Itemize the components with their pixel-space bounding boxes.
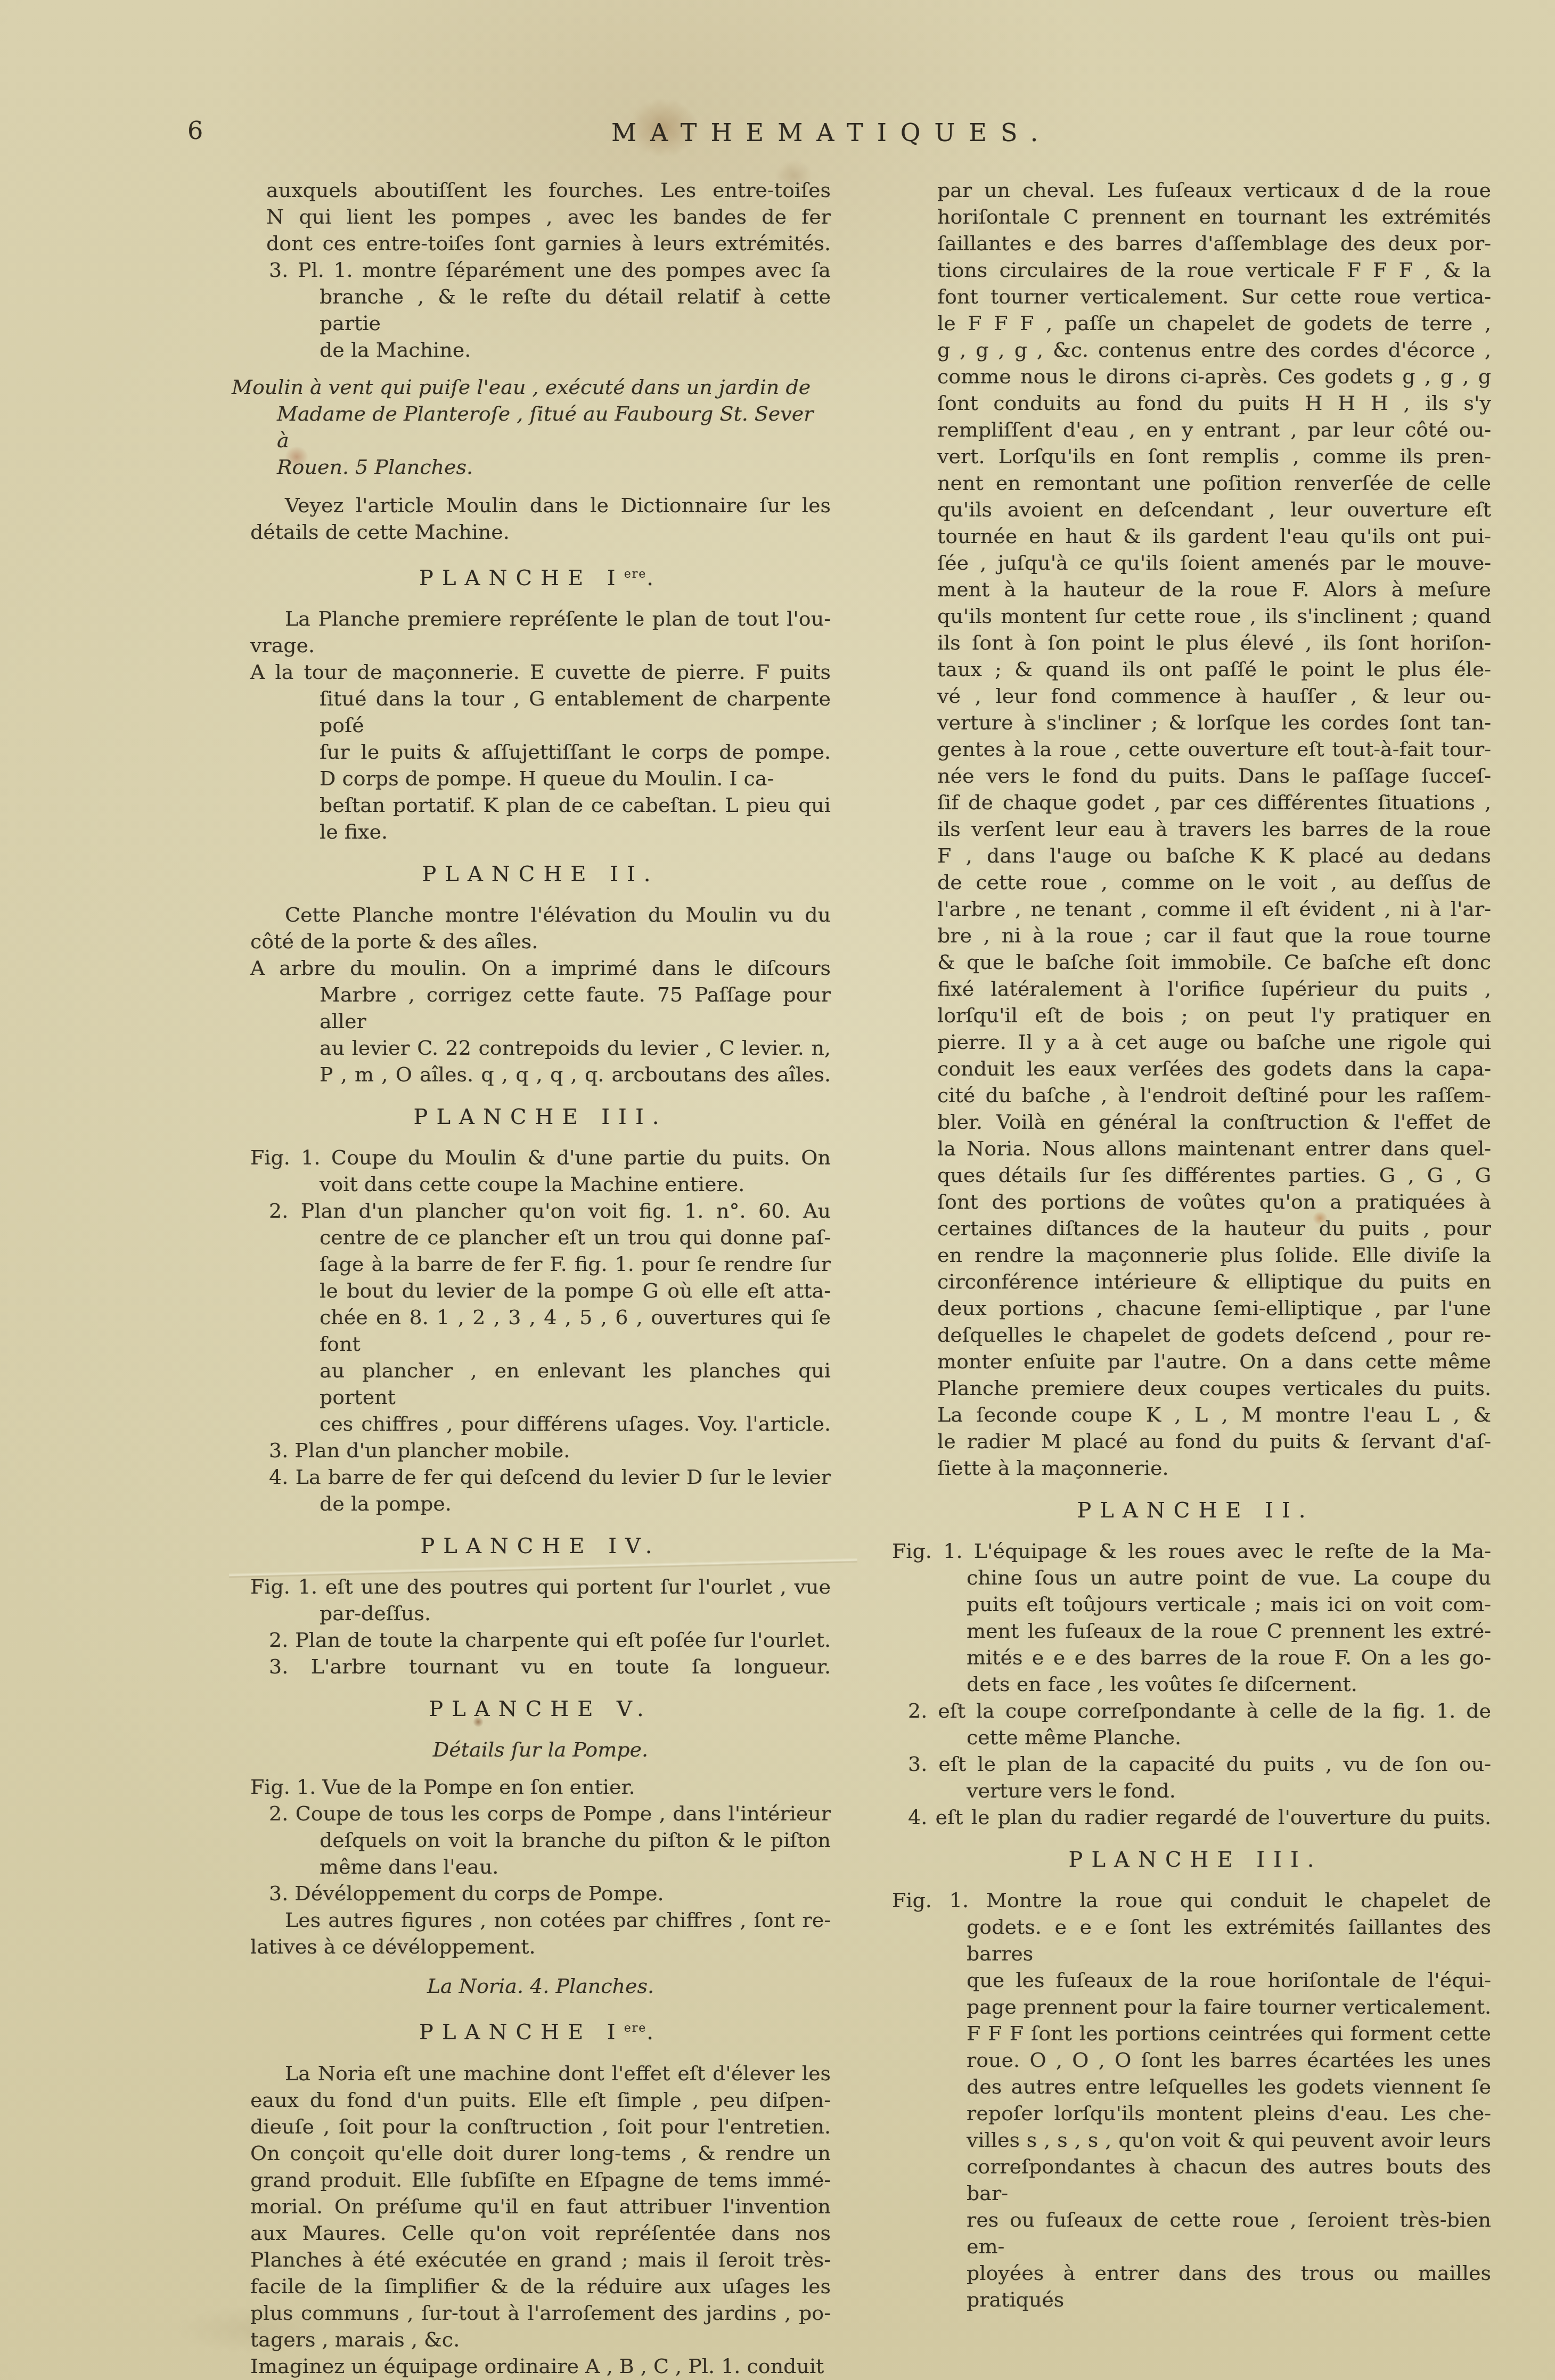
paragraph: auxquels aboutiſſent les fourches. Les e… [250,177,831,257]
numbered-item: 2. Plan de toute la charpente qui eſt po… [250,1627,831,1653]
text-line: 2. Plan d'un plancher qu'on voit fig. 1.… [250,1197,831,1224]
figure-item: Fig. 1. eſt une des poutres qui portent … [250,1573,831,1627]
text-line: La Planche premiere repréſente le plan d… [250,605,831,632]
text-line: par un cheval. Les fuſeaux verticaux d d… [900,177,1491,203]
text-line: ſont conduits au fond du puits H H H , i… [900,390,1491,416]
heading-line: PLANCHE IV. [250,1533,831,1560]
text-line: A arbre du moulin. On a imprimé dans le … [250,955,831,981]
numbered-item: 3. Plan d'un plancher mobile. [250,1437,831,1464]
text-line: ſée , juſqu'à ce qu'ils ſoient amenés pa… [900,549,1491,576]
paragraph: A arbre du moulin. On a imprimé dans le … [250,955,831,1088]
text-line: eaux du fond d'un puits. Elle eſt ſimple… [250,2087,831,2113]
heading-line: PLANCHE V. [250,1696,831,1722]
text-line: Les autres figures , non cotées par chif… [250,1907,831,1933]
text-line: puits eſt toûjours verticale ; mais ici … [900,1591,1491,1618]
text-line: bler. Voilà en général la conſtruction &… [900,1109,1491,1135]
paragraph: Cette Planche montre l'élévation du Moul… [250,901,831,955]
text-line: grand produit. Elle ſubſiſte en Eſpagne … [250,2166,831,2193]
planche-heading: PLANCHE Iere. [250,561,831,592]
text-line: Veyez l'article Moulin dans le Dictionna… [250,492,831,519]
text-line: ployées à entrer dans des trous ou maill… [900,2260,1491,2313]
text-line: ces chiffres , pour différens uſages. Vo… [250,1410,831,1437]
text-line: verture à s'incliner ; & lorſque les cor… [900,709,1491,736]
text-line: D corps de pompe. H queue du Moulin. I c… [250,765,831,792]
paragraph: Imaginez un équipage ordinaire A , B , C… [250,2353,831,2379]
text-line: chine ſous un autre point de vue. La cou… [900,1564,1491,1591]
text-line: La Noria eſt une machine dont l'effet eſ… [250,2060,831,2087]
text-line: vrage. [250,632,831,659]
numbered-item: 3. Pl. 1. montre ſéparément une des pomp… [250,257,831,363]
text-line: aux Maures. Celle qu'on voit repréſentée… [250,2220,831,2246]
text-line: ils ſont à ſon point le plus élevé , ils… [900,629,1491,656]
text-line: 2. eſt la coupe correſpondante à celle d… [900,1697,1491,1724]
text-line: ſif de chaque godet , par ces différente… [900,789,1491,816]
text-line: détails de cette Machine. [250,519,831,545]
text-line: 3. Plan d'un plancher mobile. [250,1437,831,1464]
text-line: rempliſſent d'eau , en y entrant , par l… [900,416,1491,443]
text-line: P , m , O aîles. q , q , q , q. arcbouta… [250,1061,831,1088]
scanned-book-page: 6 MATHEMATIQUES. auxquels aboutiſſent le… [0,0,1555,2380]
text-line: bre , ni à la roue ; car il faut que la … [900,922,1491,949]
paragraph: Les autres figures , non cotées par chif… [250,1907,831,1960]
heading-line: PLANCHE Iere. [250,561,831,592]
text-line: centre de ce plancher eſt un trou qui do… [250,1224,831,1251]
planche-heading: PLANCHE V. [250,1696,831,1722]
left-column: auxquels aboutiſſent les fourches. Les e… [250,177,831,2379]
text-line: Moulin à vent qui puiſe l'eau , exécuté … [232,374,831,400]
figure-item: Fig. 1. Coupe du Moulin & d'une partie d… [250,1144,831,1197]
text-line: deſquels on voit la branche du piſton & … [250,1827,831,1853]
numbered-item: 2. eſt la coupe correſpondante à celle d… [900,1697,1491,1751]
text-line: le F F F , paſſe un chapelet de godets d… [900,310,1491,337]
text-line: Madame de Planteroſe , ſitué au Faubourg… [250,400,831,454]
text-line: conduit les eaux verſées des godets dans… [900,1055,1491,1082]
text-line: auxquels aboutiſſent les fourches. Les e… [250,177,831,203]
text-line: & que le baſche ſoit immobile. Ce baſche… [900,949,1491,975]
text-line: Fig. 1. L'équipage & les roues avec le r… [892,1538,1491,1564]
text-line: villes s , s , s , qu'on voit & qui peuv… [900,2127,1491,2153]
text-line: le bout du levier de la pompe G où elle … [250,1277,831,1304]
planche-heading: PLANCHE III. [250,1104,831,1130]
text-line: 4. eſt le plan du radier regardé de l'ou… [900,1804,1491,1831]
text-line: horiſontale C prennent en tournant les e… [900,203,1491,230]
paragraph: La Noria eſt une machine dont l'effet eſ… [250,2060,831,2353]
text-line: Rouen. 5 Planches. [250,454,831,480]
text-line: circonférence intérieure & elliptique du… [900,1268,1491,1295]
numbered-item: 3. L'arbre tournant vu en toute ſa longu… [250,1653,831,1680]
text-line: ment à la hauteur de la roue F. Alors à … [900,576,1491,603]
text-line: ſage à la barre de fer F. fig. 1. pour ſ… [250,1251,831,1277]
text-line: au plancher , en enlevant les planches q… [250,1357,831,1410]
text-line: ſaillantes e des barres d'aſſemblage des… [900,230,1491,257]
text-line: facile de la ſimplifier & de la réduire … [250,2273,831,2300]
text-line: branche , & le reſte du détail relatif à… [250,283,831,337]
text-line: La ſeconde coupe K , L , M montre l'eau … [900,1401,1491,1428]
text-line: 3. Pl. 1. montre ſéparément une des pomp… [250,257,831,283]
text-line: de cette roue , comme on le voit , au de… [900,869,1491,896]
text-line: monter enſuite par l'autre. On a dans ce… [900,1348,1491,1375]
text-line: dets en face , les voûtes ſe diſcernent. [900,1671,1491,1697]
numbered-item: 2. Plan d'un plancher qu'on voit fig. 1.… [250,1197,831,1437]
paragraph: La Planche premiere repréſente le plan d… [250,605,831,659]
text-line: certaines diſtances de la hauteur du pui… [900,1215,1491,1242]
text-line: le radier M placé au fond du puits & ſer… [900,1428,1491,1455]
text-line: plus communs , ſur-tout à l'arroſement d… [250,2300,831,2326]
text-line: g , g , g , &c. contenus entre des corde… [900,337,1491,363]
planche-heading: PLANCHE III. [900,1846,1491,1873]
text-line: gentes à la roue , cette ouverture eſt t… [900,736,1491,762]
text-line: née vers le fond du puits. Dans le paſſa… [900,762,1491,789]
text-line: godets. e e e ſont les extrémités ſailla… [900,1914,1491,1967]
numbered-item: 2. Coupe de tous les corps de Pompe , da… [250,1800,831,1880]
figure-item: Fig. 1. L'équipage & les roues avec le r… [900,1538,1491,1697]
text-line: tions circulaires de la roue verticale F… [900,257,1491,283]
text-line: Marbre , corrigez cette faute. 75 Paſſag… [250,981,831,1035]
text-line: deux portions , chacune ſemi-elliptique … [900,1295,1491,1322]
text-line: font tourner verticalement. Sur cette ro… [900,283,1491,310]
text-line: dont ces entre-toiſes ſont garnies à leu… [250,230,831,257]
text-line: Planche premiere deux coupes verticales … [900,1375,1491,1401]
text-line: même dans l'eau. [250,1853,831,1880]
heading-line: PLANCHE II. [900,1497,1491,1524]
numbered-item: 4. La barre de fer qui deſcend du levier… [250,1464,831,1517]
text-line: le fixe. [250,818,831,845]
text-line: deſquelles le chapelet de godets deſcend… [900,1322,1491,1348]
text-line: côté de la porte & des aîles. [250,928,831,955]
text-line: Fig. 1. Coupe du Moulin & d'une partie d… [250,1144,831,1171]
figure-item: Fig. 1. Vue de la Pompe en ſon entier. [250,1774,831,1800]
text-line: 3. Dévéloppement du corps de Pompe. [250,1880,831,1907]
text-line: On conçoit qu'elle doit durer long-tems … [250,2140,831,2166]
italic-subheading: La Noria. 4. Planches. [250,1973,831,1999]
text-line: Imaginez un équipage ordinaire A , B , C… [250,2353,831,2379]
text-line: latives à ce dévéloppement. [250,1933,831,1960]
text-line: Détails ſur la Pompe. [250,1736,831,1763]
text-line: 4. La barre de fer qui deſcend du levier… [250,1464,831,1490]
text-line: voit dans cette coupe la Machine entiere… [250,1171,831,1197]
text-line: dieuſe , ſoit pour la conſtruction , ſoi… [250,2113,831,2140]
text-line: Cette Planche montre l'élévation du Moul… [250,901,831,928]
text-line: ques détails ſur ſes différentes parties… [900,1162,1491,1188]
numbered-item: 4. eſt le plan du radier regardé de l'ou… [900,1804,1491,1831]
text-line: chée en 8. 1 , 2 , 3 , 4 , 5 , 6 , ouver… [250,1304,831,1357]
text-line: ſiette à la maçonnerie. [900,1455,1491,1481]
text-line: tagers , marais , &c. [250,2326,831,2353]
running-header: MATHEMATIQUES. [611,118,1052,147]
text-line: page prennent pour la faire tourner vert… [900,1993,1491,2020]
text-line: nent en remontant une poſition renverſée… [900,470,1491,496]
text-line: fixé latéralement à l'orifice ſupérieur … [900,975,1491,1002]
text-line: correſpondantes à chacun des autres bout… [900,2153,1491,2206]
text-line: Fig. 1. eſt une des poutres qui portent … [250,1573,831,1600]
text-line: roue. O , O , O ſont les barres écartées… [900,2047,1491,2073]
text-line: lorſqu'il eſt de bois ; on peut l'y prat… [900,1002,1491,1029]
text-line: tournée en haut & ils gardent l'eau qu'i… [900,523,1491,549]
text-line: par-deſſus. [250,1600,831,1627]
page-number: 6 [187,116,203,145]
text-line: A la tour de maçonnerie. E cuvette de pi… [250,659,831,685]
text-line: N qui lient les pompes , avec les bandes… [250,203,831,230]
text-line: ment les fuſeaux de la roue C prennent l… [900,1618,1491,1644]
text-line: 2. Plan de toute la charpente qui eſt po… [250,1627,831,1653]
text-line: 3. eſt le plan de la capacité du puits ,… [900,1751,1491,1777]
text-line: Planches à été exécutée en grand ; mais … [250,2246,831,2273]
italic-subheading: Détails ſur la Pompe. [250,1736,831,1763]
numbered-item: 3. eſt le plan de la capacité du puits ,… [900,1751,1491,1804]
planche-heading: PLANCHE II. [900,1497,1491,1524]
text-line: des autres entre leſquelles les godets v… [900,2073,1491,2100]
text-line: vé , leur fond commence à hauſſer , & le… [900,683,1491,709]
text-line: de la pompe. [250,1490,831,1517]
text-line: 3. L'arbre tournant vu en toute ſa longu… [250,1653,831,1680]
text-line: taux ; & quand ils ont paſſé le point le… [900,656,1491,683]
text-line: Fig. 1. Vue de la Pompe en ſon entier. [250,1774,831,1800]
text-line: La Noria. 4. Planches. [250,1973,831,1999]
paragraph: A la tour de maçonnerie. E cuvette de pi… [250,659,831,845]
text-line: l'arbre , ne tenant , comme il eſt évide… [900,896,1491,922]
text-line: cette même Planche. [900,1724,1491,1751]
heading-line: PLANCHE III. [250,1104,831,1130]
heading-line: PLANCHE III. [900,1846,1491,1873]
right-column: par un cheval. Les fuſeaux verticaux d d… [900,177,1491,2313]
text-line: ſur le puits & aſſujettiſſant le corps d… [250,738,831,765]
text-line: F , dans l'auge ou baſche K K placé au d… [900,842,1491,869]
italic-title-block: Moulin à vent qui puiſe l'eau , exécuté … [250,374,831,480]
numbered-item: 3. Dévéloppement du corps de Pompe. [250,1880,831,1907]
paragraph: par un cheval. Les fuſeaux verticaux d d… [900,177,1491,1481]
text-line: repoſer lorſqu'ils montent pleins d'eau.… [900,2100,1491,2127]
text-line: F F F ſont les portions ceintrées qui fo… [900,2020,1491,2047]
text-line: que les fuſeaux de la roue horiſontale d… [900,1967,1491,1993]
text-line: qu'ils avoient en deſcendant , leur ouve… [900,496,1491,523]
text-line: mités e e e des barres de la roue F. On … [900,1644,1491,1671]
text-line: res ou fuſeaux de cette roue , ſeroient … [900,2206,1491,2260]
paragraph: Veyez l'article Moulin dans le Dictionna… [250,492,831,545]
heading-line: PLANCHE Iere. [250,2015,831,2046]
text-line: ſont des portions de voûtes qu'on a prat… [900,1188,1491,1215]
text-line: Fig. 1. Montre la roue qui conduit le ch… [892,1887,1491,1914]
heading-line: PLANCHE II. [250,861,831,888]
text-line: ſitué dans la tour , G entablement de ch… [250,685,831,738]
text-line: en rendre la maçonnerie plus ſolide. Ell… [900,1242,1491,1268]
text-line: pierre. Il y a à cet auge ou baſche une … [900,1029,1491,1055]
text-line: verture vers le fond. [900,1777,1491,1804]
text-line: comme nous le dirons ci-après. Ces godet… [900,363,1491,390]
text-line: la Noria. Nous allons maintenant entrer … [900,1135,1491,1162]
text-line: 2. Coupe de tous les corps de Pompe , da… [250,1800,831,1827]
text-line: cité du baſche , à l'endroit deſtiné pou… [900,1082,1491,1109]
text-line: morial. On préſume qu'il en faut attribu… [250,2193,831,2220]
figure-item: Fig. 1. Montre la roue qui conduit le ch… [900,1887,1491,2313]
text-line: qu'ils montent ſur cette roue , ils s'in… [900,603,1491,629]
planche-heading: PLANCHE IV. [250,1533,831,1560]
text-line: beſtan portatif. K plan de ce cabeſtan. … [250,792,831,818]
text-line: vert. Lorſqu'ils en ſont remplis , comme… [900,443,1491,470]
text-line: de la Machine. [250,337,831,363]
text-line: au levier C. 22 contrepoids du levier , … [250,1035,831,1061]
planche-heading: PLANCHE Iere. [250,2015,831,2046]
text-line: ils verſent leur eau à travers les barre… [900,816,1491,842]
planche-heading: PLANCHE II. [250,861,831,888]
